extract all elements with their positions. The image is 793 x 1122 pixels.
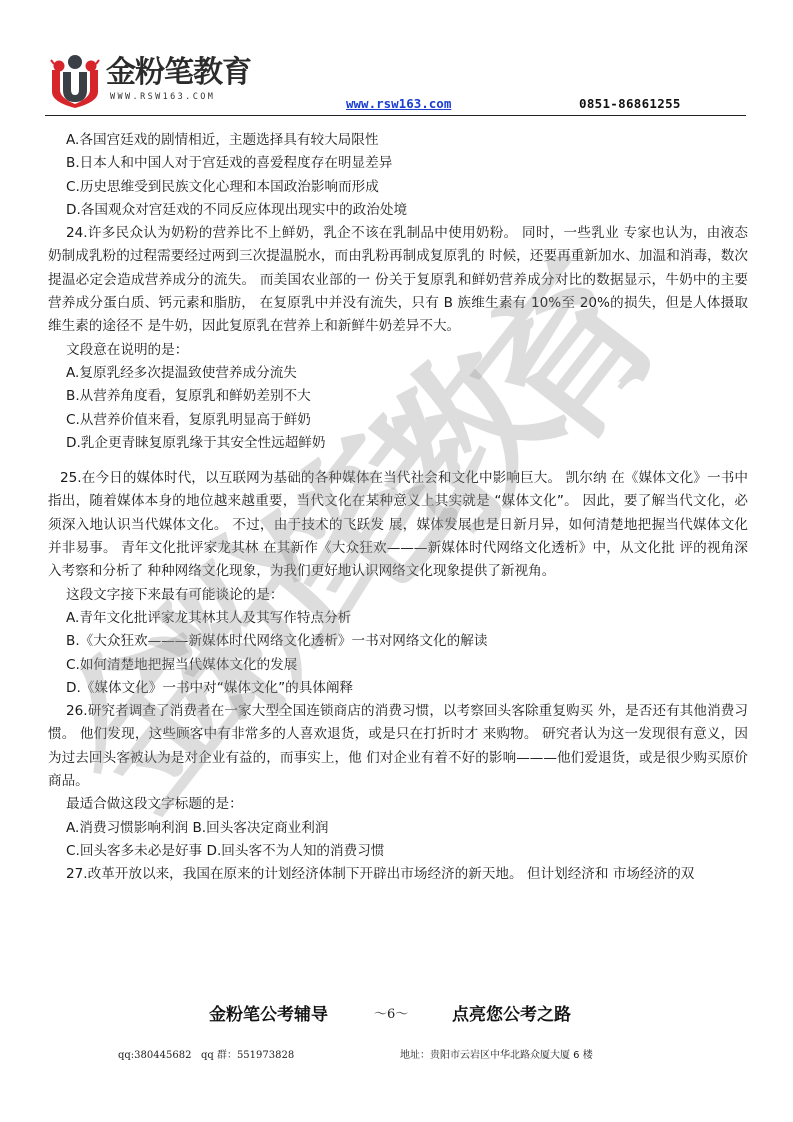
brand-url: WWW.RSW163.COM: [110, 92, 215, 102]
q26-prompt: 最适合做这段文字标题的是：: [48, 793, 748, 816]
q24-prompt: 文段意在说明的是：: [48, 339, 748, 362]
footer-slogan: 金粉笔公考辅导 ～6～ 点亮您公考之路: [0, 1000, 793, 1030]
q26-option-cd: C.回头客多未必是好事 D.回头客不为人知的消费习惯: [48, 840, 748, 863]
q23-option-d: D.各国观众对宫廷戏的不同反应体现出现实中的政治处境: [48, 199, 748, 222]
contact-phone: 0851-86861255: [579, 96, 681, 111]
q25-prompt: 这段文字接下来最有可能谈论的是：: [48, 584, 748, 607]
q27-stem: 27.改革开放以来，我国在原来的计划经济体制下开辟出市场经济的新天地。 但计划经…: [48, 863, 748, 886]
q23-option-b: B.日本人和中国人对于宫廷戏的喜爱程度存在明显差异: [48, 152, 748, 175]
footer-qq: qq:380445682 qq 群：551973828: [118, 1046, 294, 1061]
page-header: 金粉笔教育 WWW.RSW163.COM www.rsw163.com 0851…: [48, 50, 745, 116]
brand-logo: 金粉笔教育 WWW.RSW163.COM: [50, 50, 250, 112]
header-divider: [45, 115, 746, 116]
slogan-right: 点亮您公考之路: [452, 1000, 571, 1025]
website-link[interactable]: www.rsw163.com: [346, 96, 451, 111]
document-body: A.各国宫廷戏的剧情相近，主题选择具有较大局限性 B.日本人和中国人对于宫廷戏的…: [48, 129, 748, 887]
q24-option-d: D.乳企更青睐复原乳缘于其安全性远超鲜奶: [48, 432, 748, 455]
slogan-left: 金粉笔公考辅导: [209, 1000, 328, 1025]
brand-logo-icon: [50, 54, 100, 108]
footer-address: 地址：贵阳市云岩区中华北路众厦大厦 6 楼: [400, 1046, 593, 1061]
brand-name: 金粉笔教育: [106, 57, 251, 89]
q24-option-c: C.从营养价值来看，复原乳明显高于鲜奶: [48, 409, 748, 432]
q25-option-a: A.青年文化批评家龙其林其人及其写作特点分析: [48, 607, 748, 630]
q26-option-ab: A.消费习惯影响利润 B.回头客决定商业利润: [48, 817, 748, 840]
q23-option-c: C.历史思维受到民族文化心理和本国政治影响而形成: [48, 176, 748, 199]
q23-option-a: A.各国宫廷戏的剧情相近，主题选择具有较大局限性: [48, 129, 748, 152]
spacer: [48, 455, 748, 467]
q24-stem: 24.许多民众认为奶粉的营养比不上鲜奶，乳企不该在乳制品中使用奶粉。 同时，一些…: [48, 222, 748, 338]
page-number: ～6～: [374, 1003, 408, 1022]
q24-option-b: B.从营养角度看，复原乳和鲜奶差别不大: [48, 385, 748, 408]
q25-option-d: D.《媒体文化》一书中对“媒体文化”的具体阐释: [48, 677, 748, 700]
q25-option-c: C.如何清楚地把握当代媒体文化的发展: [48, 654, 748, 677]
q24-option-a: A.复原乳经多次提温致使营养成分流失: [48, 362, 748, 385]
q26-stem: 26.研究者调查了消费者在一家大型全国连锁商店的消费习惯，以考察回头客除重复购买…: [48, 700, 748, 793]
q25-option-b: B.《大众狂欢———新媒体时代网络文化透析》一书对网络文化的解读: [48, 630, 748, 653]
q25-stem: 25.在今日的媒体时代，以互联网为基础的各种媒体在当代社会和文化中影响巨大。 凯…: [48, 467, 748, 583]
